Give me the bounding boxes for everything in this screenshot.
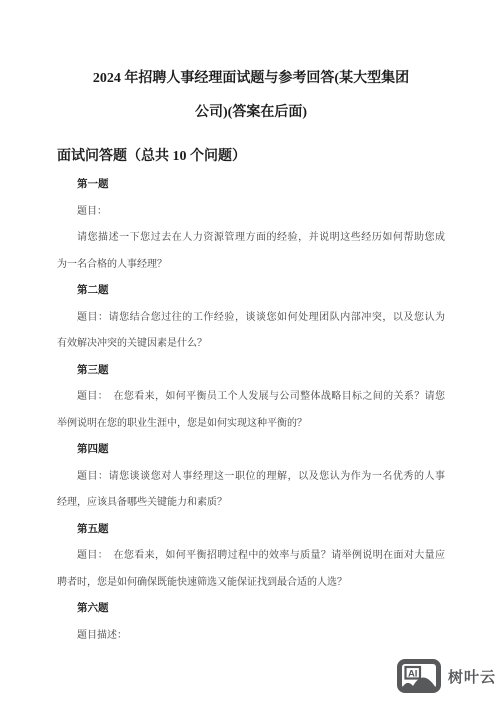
question-line: 经理，应该具备哪些关键能力和素质？ bbox=[57, 490, 445, 517]
section-heading: 面试问答题（总共 10 个问题） bbox=[57, 142, 445, 172]
question-heading: 第四题 bbox=[57, 437, 445, 464]
watermark: AI 树叶云 bbox=[397, 659, 496, 693]
question-line: 请您描述一下您过去在人力资源管理方面的经验，并说明这些经历如何帮助您成 bbox=[57, 225, 445, 252]
question-line: 有效解决冲突的关键因素是什么？ bbox=[57, 331, 445, 358]
question-line: 为一名合格的人事经理？ bbox=[57, 252, 445, 279]
question-line: 题目： bbox=[57, 199, 445, 226]
question-line: 题目： 在您看来，如何平衡员工个人发展与公司整体战略目标之间的关系？请您 bbox=[57, 384, 445, 411]
question-heading: 第一题 bbox=[57, 172, 445, 199]
ai-image-logo-icon: AI bbox=[397, 659, 441, 693]
question-line: 题目：请您谈谈您对人事经理这一职位的理解，以及您认为作为一名优秀的人事 bbox=[57, 464, 445, 491]
document-page: 2024 年招聘人事经理面试题与参考回答(某大型集团 公司)(答案在后面) 面试… bbox=[0, 0, 500, 707]
question-line: 举例说明在您的职业生涯中，您是如何实现这种平衡的？ bbox=[57, 411, 445, 438]
question-list: 第一题题目：请您描述一下您过去在人力资源管理方面的经验，并说明这些经历如何帮助您… bbox=[57, 172, 445, 649]
title-line-2: 公司)(答案在后面) bbox=[57, 96, 445, 130]
question-line: 题目：请您结合您过往的工作经验，谈谈您如何处理团队内部冲突，以及您认为 bbox=[57, 305, 445, 332]
question-line: 聘者时，您是如何确保既能快速筛选又能保证找到最合适的人选？ bbox=[57, 570, 445, 597]
document-title: 2024 年招聘人事经理面试题与参考回答(某大型集团 公司)(答案在后面) bbox=[57, 62, 445, 130]
watermark-brand: 树叶云 bbox=[448, 666, 496, 687]
question-heading: 第五题 bbox=[57, 517, 445, 544]
question-heading: 第二题 bbox=[57, 278, 445, 305]
title-line-1: 2024 年招聘人事经理面试题与参考回答(某大型集团 bbox=[57, 62, 445, 96]
question-heading: 第三题 bbox=[57, 358, 445, 385]
question-line: 题目： 在您看来，如何平衡招聘过程中的效率与质量？请举例说明在面对大量应 bbox=[57, 543, 445, 570]
ai-label: AI bbox=[408, 669, 418, 680]
question-line: 题目描述： bbox=[57, 623, 445, 650]
question-heading: 第六题 bbox=[57, 596, 445, 623]
